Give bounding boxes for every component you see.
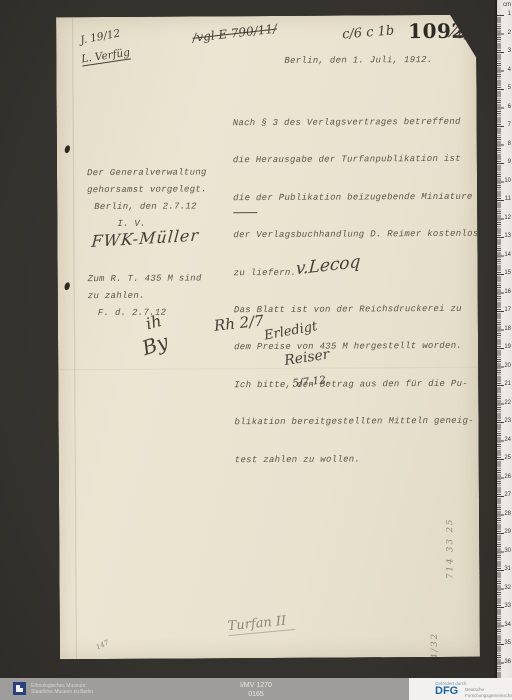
viewer-footer-bar: Ethnologisches Museum Staatliche Museen … (0, 678, 512, 700)
margin-note-line: Berlin, den 2.7.12 (94, 201, 197, 212)
ruler-label: 1 (508, 11, 511, 18)
dfg-logo: DFG (435, 686, 458, 697)
dfg-name-line: Forschungsgemeinschaft (465, 693, 512, 699)
signature-mueller: FWK-Müller (91, 226, 200, 251)
ruler-label: 33 (504, 603, 511, 610)
ruler-scale: cm12345678910111213141516171819202122232… (497, 0, 512, 678)
ruler-label: 14 (504, 252, 511, 259)
ruler-label: 31 (504, 566, 511, 573)
typed-body: Nach § 3 des Verlagsvertrages betreffend… (233, 94, 483, 489)
ruler-label: 34 (504, 622, 511, 629)
ruler-label: 9 (508, 159, 511, 166)
margin-note-line: Der Generalverwaltung (87, 167, 207, 178)
ruler-label: 26 (504, 474, 511, 481)
body-line: der Verlagsbuchhandlung D. Reimer kosten… (233, 226, 481, 245)
ruler-label: 11 (505, 196, 511, 203)
handwritten-journal-number: J. 19/12 (79, 27, 121, 46)
document-page: J. 19/12 L. Verfüg /vgl E 790/11/ c/6 c … (56, 15, 480, 660)
dfg-full-name: Deutsche Forschungsgemeinschaft (465, 687, 512, 698)
fold-crease-vertical (72, 17, 78, 659)
pencil-corner-number: 147 (95, 639, 111, 652)
body-line: die der Publikation beizugebende Miniatu… (233, 188, 481, 207)
ruler-label: 32 (504, 585, 511, 592)
ruler-label: 15 (504, 270, 511, 277)
body-line: blikation bereitgestellten Mitteln genei… (234, 413, 482, 432)
ruler-label: 2 (508, 30, 511, 37)
ruler-label: 13 (504, 233, 511, 240)
ruler-label: cm (503, 2, 511, 9)
ruler-label: 30 (504, 548, 511, 555)
pencil-turfan-label: Turfan II (227, 613, 295, 636)
ruler-centimeter-ticks (497, 15, 504, 678)
ruler-label: 17 (504, 307, 511, 314)
ruler-label: 20 (504, 363, 511, 370)
ruler-label: 25 (504, 455, 511, 462)
ruler-label: 18 (504, 326, 511, 333)
ruler-label: 22 (504, 400, 511, 407)
ruler-label: 24 (504, 437, 511, 444)
handwritten-underline (233, 212, 257, 213)
pencil-side-number: 714 33 25 (445, 467, 456, 579)
dateline: Berlin, den 1. Juli, 1912. (284, 55, 432, 66)
margin-note-line: I. V. (117, 219, 146, 229)
handwritten-crossed-reference: /vgl E 790/11/ (192, 22, 278, 45)
ruler-label: 16 (504, 289, 511, 296)
ruler-label: 23 (504, 418, 511, 425)
punch-hole (64, 282, 71, 291)
margin-note-line: gehorsamst vorgelegt. (87, 184, 207, 195)
ruler-label: 6 (508, 104, 511, 111)
pencil-side-number: 4/32 (430, 607, 440, 659)
body-line: Das Blatt ist von der Reichsdruckerei zu (234, 301, 482, 320)
body-line: die Herausgabe der Turfanpublikation ist (233, 151, 481, 170)
ruler-label: 3 (508, 48, 511, 55)
ruler-label: 10 (504, 178, 511, 185)
handwritten-disposition-note: L. Verfüg (81, 47, 131, 67)
ruler-label: 19 (504, 344, 511, 351)
ruler-label: 5 (508, 85, 511, 92)
ruler-label: 36 (504, 659, 511, 666)
ruler-label: 28 (504, 511, 511, 518)
ruler-label: 12 (504, 215, 511, 222)
handwritten-flourish: c/6 c 1b (342, 23, 395, 42)
body-line: Ich bitte, den Betrag aus den für die Pu… (234, 375, 482, 394)
handwritten-monogram: By (139, 329, 171, 360)
ruler-label: 29 (504, 529, 511, 536)
margin-note-line: zu zahlen. (88, 291, 145, 301)
ruler-label: 27 (504, 492, 511, 499)
ruler-label: 21 (504, 381, 511, 388)
ruler-label: 4 (508, 67, 511, 74)
ruler-label: 7 (508, 122, 511, 129)
punch-hole (64, 145, 71, 154)
dfg-panel: Gefördert durch DFG Deutsche Forschungsg… (409, 678, 512, 700)
ruler-label: 35 (504, 640, 511, 647)
margin-note-line: Zum R. T. 435 M sind (88, 273, 202, 284)
body-line: Nach § 3 des Verlagsvertrages betreffend (233, 114, 481, 133)
ruler-label: 8 (508, 141, 511, 148)
